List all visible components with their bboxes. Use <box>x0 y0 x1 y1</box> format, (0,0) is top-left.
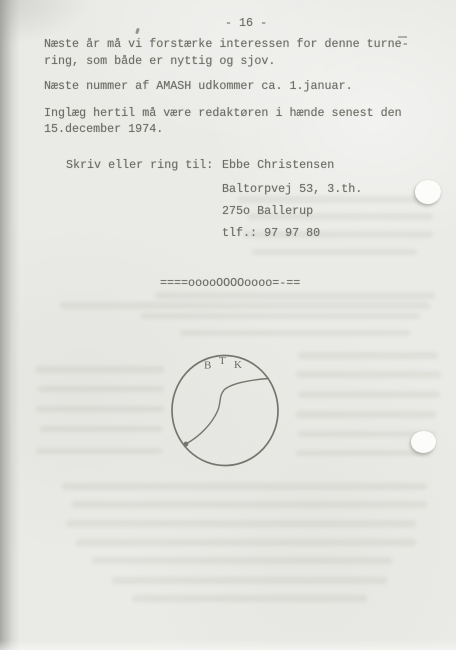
logo-seam-curve <box>186 379 269 445</box>
paragraph-line: 15.december 1974. <box>44 123 163 136</box>
contact-street: Baltorpvej 53, 3.th. <box>222 183 362 196</box>
page-number: - 16 - <box>225 17 267 30</box>
contact-city: 275o Ballerup <box>222 205 313 218</box>
logo-letter-b: B <box>204 360 211 372</box>
paragraph-line: Inglæg hertil må være redaktøren i hænde… <box>44 107 402 120</box>
btk-ball-logo: B T K <box>163 348 293 478</box>
contact-phone: tlf.: 97 97 80 <box>222 227 320 240</box>
scan-bottom-edge <box>0 640 456 650</box>
scan-corner-shade <box>0 0 120 60</box>
scan-edge-shadow <box>0 0 20 650</box>
contact-label: Skriv eller ring til: <box>66 159 213 172</box>
punch-hole-top <box>415 180 441 204</box>
paragraph-line: ring, som både er nyttig og sjov. <box>44 55 275 68</box>
punch-hole-bottom <box>411 431 436 453</box>
logo-ink-blob <box>184 442 189 447</box>
logo-letter-t: T <box>219 355 226 367</box>
scanned-document-page: - 16 - Næste år må vi forstærke interess… <box>0 0 456 650</box>
paragraph-line: Næste år må vi forstærke interessen for … <box>44 38 409 51</box>
ornament-separator: ====ooooOOOOoooo=-== <box>160 277 300 290</box>
stray-comma-mark <box>135 28 140 35</box>
logo-letter-k: K <box>234 359 242 371</box>
logo-circle-outline <box>170 354 280 468</box>
contact-name: Ebbe Christensen <box>222 159 334 172</box>
paragraph-line: Næste nummer af AMASH udkommer ca. 1.jan… <box>44 80 353 93</box>
